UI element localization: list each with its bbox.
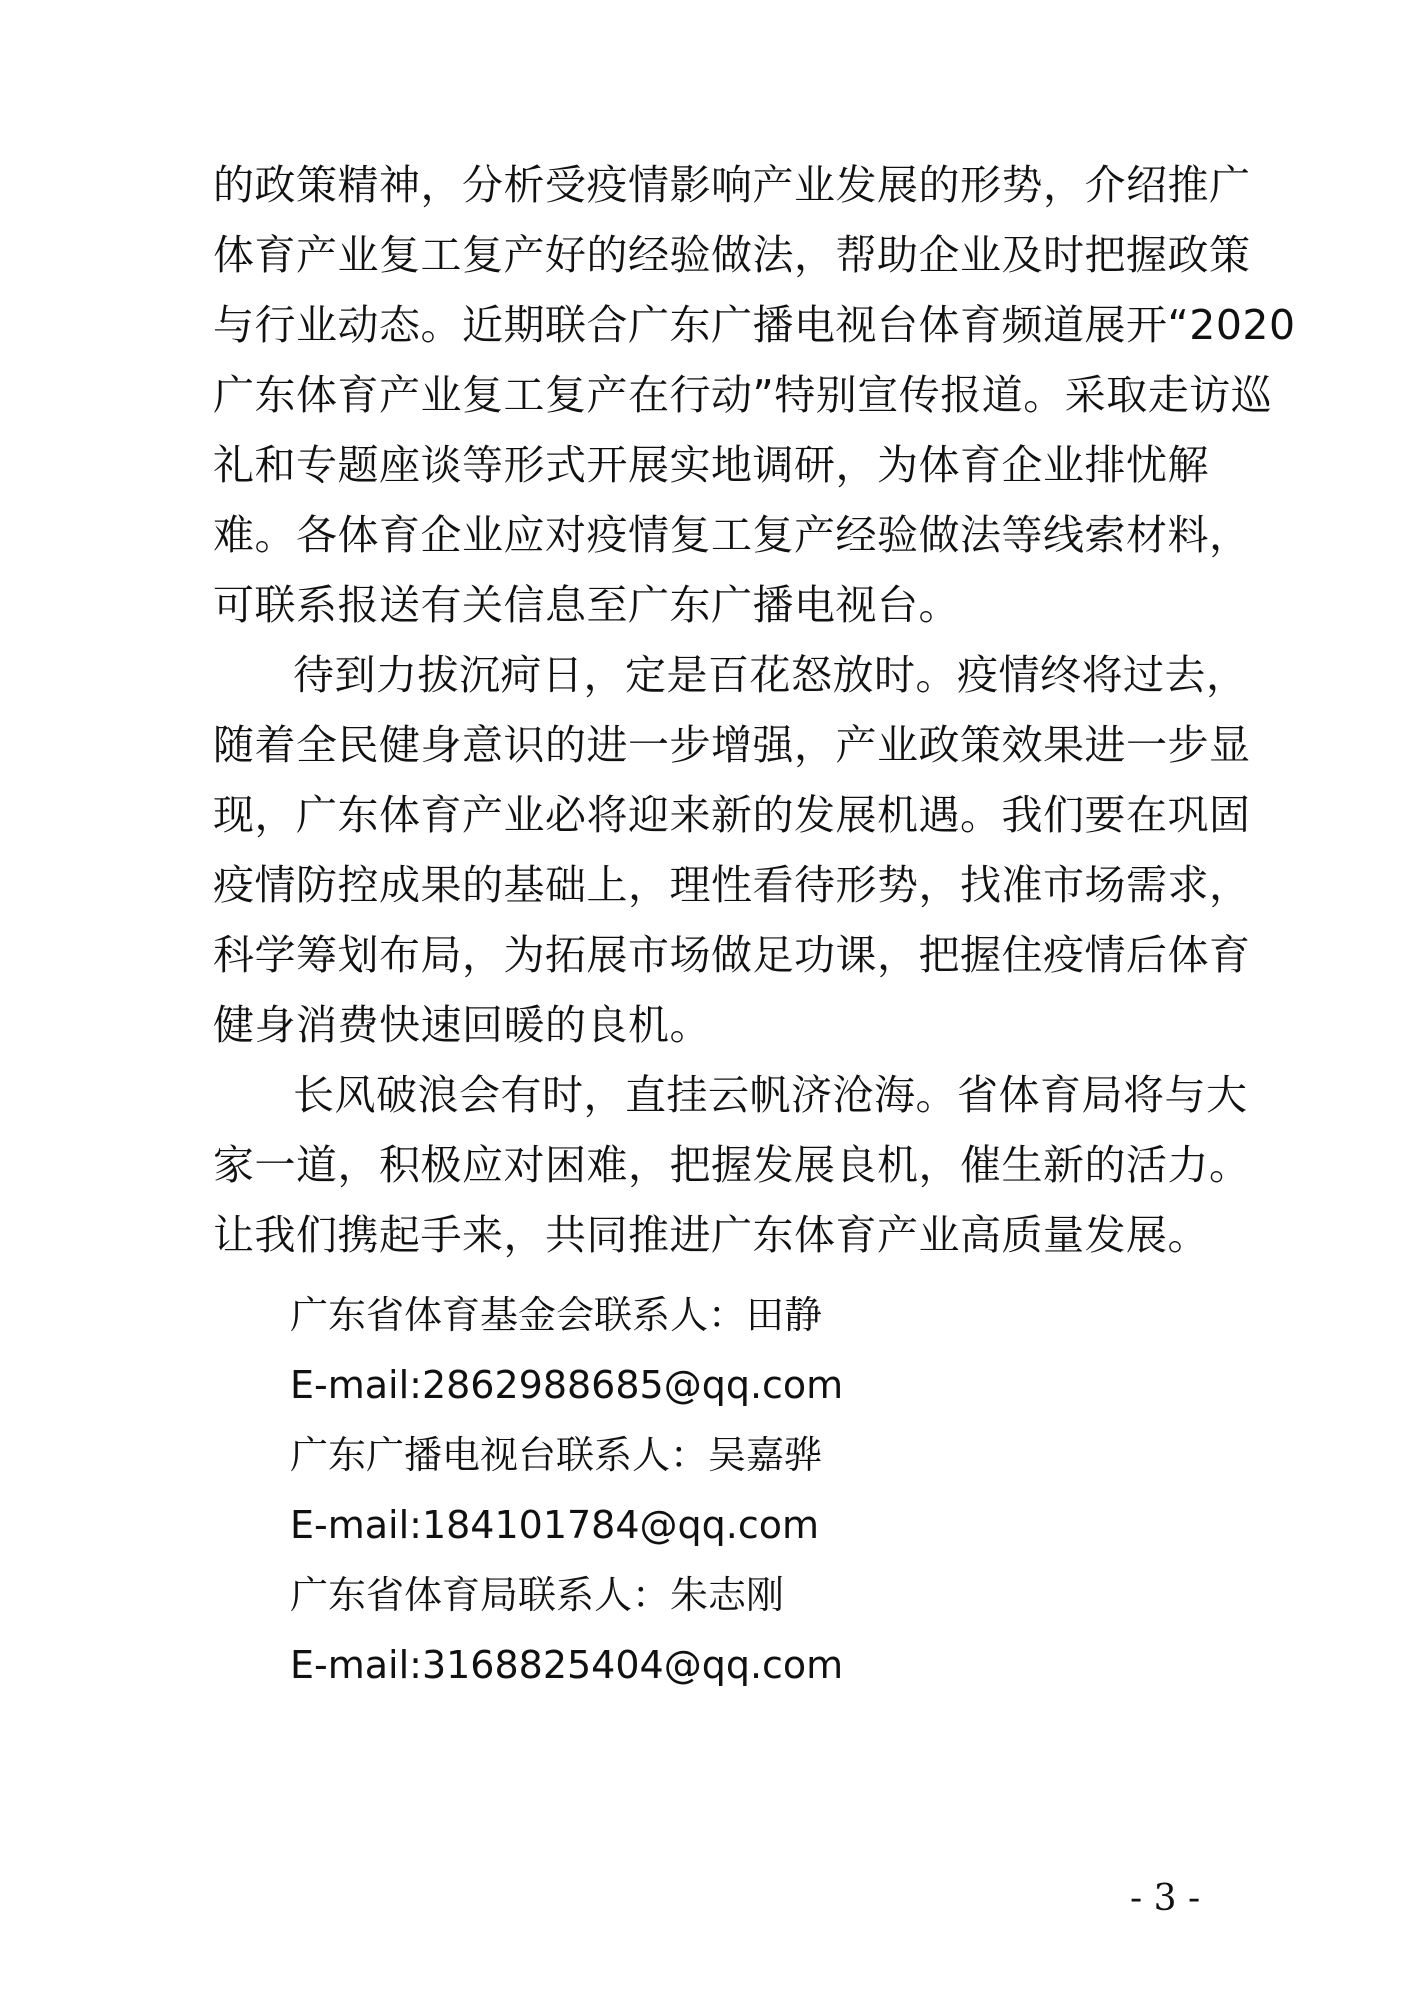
contact-email: E-mail:3168825404@qq.com <box>290 1630 843 1700</box>
text-line: 现，广东体育产业必将迎来新的发展机遇。我们要在巩固 <box>213 780 1203 850</box>
text-line: 健身消费快速回暖的良机。 <box>213 990 1203 1060</box>
contact-list: 广东省体育基金会联系人：田静 E-mail:2862988685@qq.com … <box>290 1280 843 1700</box>
text-line: 疫情防控成果的基础上，理性看待形势，找准市场需求， <box>213 850 1203 920</box>
text-line: 广东体育产业复工复产在行动”特别宣传报道。采取走访巡 <box>213 360 1203 430</box>
contact-label: 广东省体育基金会联系人：田静 <box>290 1280 843 1350</box>
contact-email: E-mail:184101784@qq.com <box>290 1490 843 1560</box>
text-line: 待到力拔沉疴日，定是百花怒放时。疫情终将过去， <box>213 640 1203 710</box>
text-line: 长风破浪会有时，直挂云帆济沧海。省体育局将与大 <box>213 1060 1203 1130</box>
text-line: 体育产业复工复产好的经验做法，帮助企业及时把握政策 <box>213 220 1203 290</box>
contact-label: 广东广播电视台联系人：吴嘉骅 <box>290 1420 843 1490</box>
text-line: 的政策精神，分析受疫情影响产业发展的形势，介绍推广 <box>213 150 1203 220</box>
paragraph-3: 长风破浪会有时，直挂云帆济沧海。省体育局将与大 家一道，积极应对困难，把握发展良… <box>213 1060 1203 1270</box>
text-line: 让我们携起手来，共同推进广东体育产业高质量发展。 <box>213 1200 1203 1270</box>
text-line: 礼和专题座谈等形式开展实地调研，为体育企业排忧解 <box>213 430 1203 500</box>
document-page: 的政策精神，分析受疫情影响产业发展的形势，介绍推广 体育产业复工复产好的经验做法… <box>0 0 1410 1993</box>
text-line: 家一道，积极应对困难，把握发展良机，催生新的活力。 <box>213 1130 1203 1200</box>
page-number: - 3 - <box>1130 1878 1200 1919</box>
text-line: 科学筹划布局，为拓展市场做足功课，把握住疫情后体育 <box>213 920 1203 990</box>
contact-label: 广东省体育局联系人：朱志刚 <box>290 1560 843 1630</box>
paragraph-1: 的政策精神，分析受疫情影响产业发展的形势，介绍推广 体育产业复工复产好的经验做法… <box>213 150 1203 640</box>
paragraph-2: 待到力拔沉疴日，定是百花怒放时。疫情终将过去， 随着全民健身意识的进一步增强，产… <box>213 640 1203 1060</box>
text-line: 与行业动态。近期联合广东广播电视台体育频道展开“2020 <box>213 290 1203 360</box>
text-line: 难。各体育企业应对疫情复工复产经验做法等线索材料， <box>213 500 1203 570</box>
text-line: 随着全民健身意识的进一步增强，产业政策效果进一步显 <box>213 710 1203 780</box>
contact-email: E-mail:2862988685@qq.com <box>290 1350 843 1420</box>
text-line: 可联系报送有关信息至广东广播电视台。 <box>213 570 1203 640</box>
